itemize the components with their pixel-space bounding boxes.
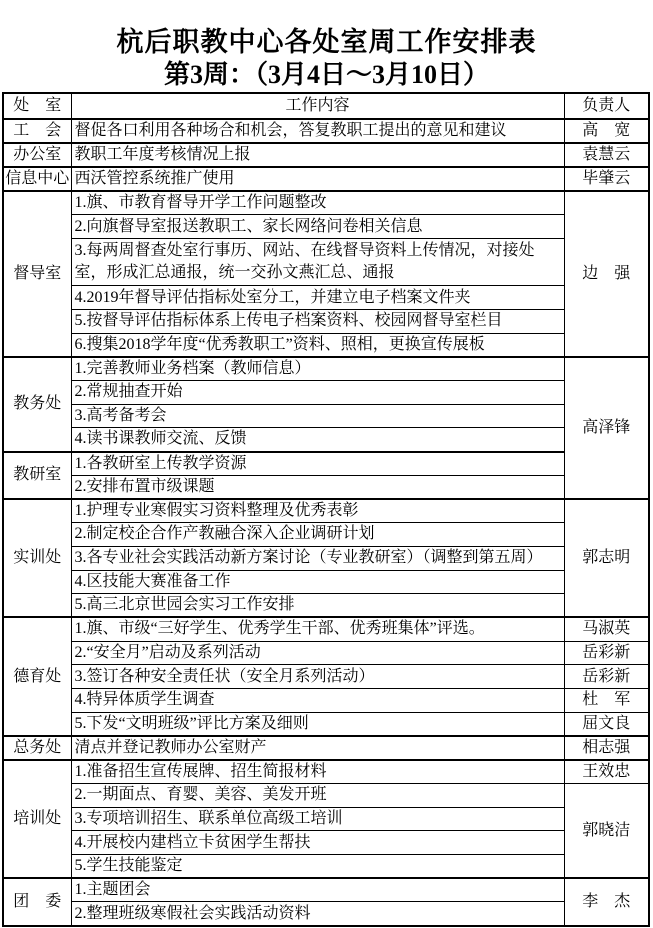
table-row: 5.下发“文明班级”评比方案及细则 屈文良 <box>3 712 649 736</box>
work-item-cell: 4.读书课教师交流、反馈 <box>71 428 564 452</box>
owner-cell: 毕肇云 <box>564 167 649 191</box>
dept-cell-training-office: 培训处 <box>3 760 71 878</box>
document: 杭后职教中心各处室周工作安排表 第3周：（3月4日～3月10日） 处 室 工作内… <box>0 0 653 927</box>
table-row: 2.制定校企合作产教融合深入企业调研计划 <box>3 523 649 547</box>
owner-cell: 屈文良 <box>564 712 649 736</box>
work-item-cell: 2.向旗督导室报送教职工、家长网络问卷相关信息 <box>71 215 564 239</box>
work-item-cell: 3.各专业社会实践活动新方案讨论（专业教研室）（调整到第五周） <box>71 546 564 570</box>
table-row: 4.特异体质学生调查 杜 军 <box>3 688 649 712</box>
dept-cell-teaching-research: 教研室 <box>3 452 71 499</box>
work-item-cell: 1.各教研室上传教学资源 <box>71 452 564 476</box>
work-item-cell: 6.搜集2018学年度“优秀教职工”资料、照相，更换宣传展板 <box>71 333 564 357</box>
work-item-cell: 2.“安全月”启动及系列活动 <box>71 641 564 665</box>
table-row: 团 委 1.主题团会 李 杰 <box>3 878 649 902</box>
table-row: 5.高三北京世园会实习工作安排 <box>3 594 649 618</box>
table-row: 3.签订各种安全责任状（安全月系列活动） 岳彩新 <box>3 665 649 689</box>
owner-cell: 李 杰 <box>564 878 649 925</box>
work-item-cell: 清点并登记教师办公室财产 <box>71 736 564 760</box>
page-subtitle: 第3周：（3月4日～3月10日） <box>0 59 653 91</box>
work-item-cell: 2.整理班级寒假社会实践活动资料 <box>71 902 564 926</box>
work-item-cell: 4.2019年督导评估指标处室分工，并建立电子档案文件夹 <box>71 286 564 310</box>
dept-cell-info-center: 信息中心 <box>3 167 71 191</box>
owner-cell: 高泽锋 <box>564 357 649 499</box>
owner-cell: 郭志明 <box>564 499 649 617</box>
table-row: 培训处 1.准备招生宣传展牌、招生简报材料 王效忠 <box>3 760 649 784</box>
work-item-cell: 4.特异体质学生调查 <box>71 688 564 712</box>
table-row: 2.一期面点、育婴、美容、美发开班 郭晓洁 <box>3 784 649 808</box>
owner-cell: 岳彩新 <box>564 641 649 665</box>
table-row: 总务处 清点并登记教师办公室财产 相志强 <box>3 736 649 760</box>
work-item-cell: 4.开展校内建档立卡贫困学生帮扶 <box>71 831 564 855</box>
work-item-cell: 5.高三北京世园会实习工作安排 <box>71 594 564 618</box>
table-row: 德育处 1.旗、市级“三好学生、优秀学生干部、优秀班集体”评选。 马淑英 <box>3 617 649 641</box>
work-item-cell: 2.常规抽查开始 <box>71 381 564 405</box>
table-row: 教务处 1.完善教师业务档案（教师信息） 高泽锋 <box>3 357 649 381</box>
owner-cell: 边 强 <box>564 191 649 357</box>
col-header-department: 处 室 <box>3 93 71 119</box>
work-item-cell: 2.一期面点、育婴、美容、美发开班 <box>71 784 564 808</box>
owner-cell: 杜 军 <box>564 688 649 712</box>
work-item-cell: 1.旗、市级“三好学生、优秀学生干部、优秀班集体”评选。 <box>71 617 564 641</box>
table-row: 信息中心 西沃管控系统推广使用 毕肇云 <box>3 167 649 191</box>
dept-cell-office: 办公室 <box>3 143 71 167</box>
table-row: 3.高考备考会 <box>3 404 649 428</box>
table-row: 6.搜集2018学年度“优秀教职工”资料、照相，更换宣传展板 <box>3 333 649 357</box>
work-item-cell: 教职工年度考核情况上报 <box>71 143 564 167</box>
table-header-row: 处 室 工作内容 负责人 <box>3 93 649 119</box>
owner-cell: 相志强 <box>564 736 649 760</box>
table-row: 5.按督导评估指标体系上传电子档案资料、校园网督导室栏目 <box>3 309 649 333</box>
table-row: 工 会 督促各口利用各种场合和机会，答复教职工提出的意见和建议 高 宽 <box>3 119 649 143</box>
table-row: 3.各专业社会实践活动新方案讨论（专业教研室）（调整到第五周） <box>3 546 649 570</box>
work-item-cell: 1.护理专业寒假实习资料整理及优秀表彰 <box>71 499 564 523</box>
table-row: 实训处 1.护理专业寒假实习资料整理及优秀表彰 郭志明 <box>3 499 649 523</box>
table-row: 4.读书课教师交流、反馈 <box>3 428 649 452</box>
owner-cell: 马淑英 <box>564 617 649 641</box>
work-item-cell: 5.学生技能鉴定 <box>71 855 564 879</box>
work-item-cell: 3.签订各种安全责任状（安全月系列活动） <box>71 665 564 689</box>
dept-cell-supervision-office: 督导室 <box>3 191 71 357</box>
dept-cell-youth-league: 团 委 <box>3 878 71 925</box>
work-item-cell: 督促各口利用各种场合和机会，答复教职工提出的意见和建议 <box>71 119 564 143</box>
table-row: 督导室 1.旗、市教育督导开学工作问题整改 边 强 <box>3 191 649 215</box>
table-row: 2.“安全月”启动及系列活动 岳彩新 <box>3 641 649 665</box>
table-row: 2.整理班级寒假社会实践活动资料 <box>3 902 649 926</box>
table-row: 2.常规抽查开始 <box>3 381 649 405</box>
owner-cell: 高 宽 <box>564 119 649 143</box>
col-header-owner: 负责人 <box>564 93 649 119</box>
work-item-cell: 西沃管控系统推广使用 <box>71 167 564 191</box>
work-item-cell: 5.按督导评估指标体系上传电子档案资料、校园网督导室栏目 <box>71 309 564 333</box>
dept-cell-moral-education: 德育处 <box>3 617 71 735</box>
work-item-cell: 1.主题团会 <box>71 878 564 902</box>
work-item-cell: 2.安排布置市级课题 <box>71 475 564 499</box>
table-row: 3.每两周督查处室行事历、网站、在线督导资料上传情况，对接处室，形成汇总通报，统… <box>3 238 649 285</box>
work-item-cell: 3.每两周督查处室行事历、网站、在线督导资料上传情况，对接处室，形成汇总通报，统… <box>71 238 564 285</box>
dept-cell-practical-training: 实训处 <box>3 499 71 617</box>
work-item-cell: 4.区技能大赛准备工作 <box>71 570 564 594</box>
dept-cell-general-affairs: 总务处 <box>3 736 71 760</box>
owner-cell: 岳彩新 <box>564 665 649 689</box>
page-title: 杭后职教中心各处室周工作安排表 <box>0 26 653 59</box>
table-row: 5.学生技能鉴定 <box>3 855 649 879</box>
table-row: 4.2019年督导评估指标处室分工，并建立电子档案文件夹 <box>3 286 649 310</box>
table-row: 3.专项培训招生、联系单位高级工培训 <box>3 807 649 831</box>
dept-cell-academic-affairs: 教务处 <box>3 357 71 452</box>
owner-cell: 郭晓洁 <box>564 784 649 879</box>
table-row: 4.区技能大赛准备工作 <box>3 570 649 594</box>
work-item-cell: 3.高考备考会 <box>71 404 564 428</box>
col-header-work-content: 工作内容 <box>71 93 564 119</box>
work-item-cell: 1.旗、市教育督导开学工作问题整改 <box>71 191 564 215</box>
work-item-cell: 1.完善教师业务档案（教师信息） <box>71 357 564 381</box>
table-row: 4.开展校内建档立卡贫困学生帮扶 <box>3 831 649 855</box>
table-row: 办公室 教职工年度考核情况上报 袁慧云 <box>3 143 649 167</box>
work-item-cell: 2.制定校企合作产教融合深入企业调研计划 <box>71 523 564 547</box>
work-item-cell: 1.准备招生宣传展牌、招生简报材料 <box>71 760 564 784</box>
dept-cell-labor-union: 工 会 <box>3 119 71 143</box>
work-item-cell: 5.下发“文明班级”评比方案及细则 <box>71 712 564 736</box>
table-row: 2.向旗督导室报送教职工、家长网络问卷相关信息 <box>3 215 649 239</box>
table-row: 2.安排布置市级课题 <box>3 475 649 499</box>
schedule-table: 处 室 工作内容 负责人 工 会 督促各口利用各种场合和机会，答复教职工提出的意… <box>2 92 650 927</box>
work-item-cell: 3.专项培训招生、联系单位高级工培训 <box>71 807 564 831</box>
owner-cell: 王效忠 <box>564 760 649 784</box>
table-row: 教研室 1.各教研室上传教学资源 <box>3 452 649 476</box>
owner-cell: 袁慧云 <box>564 143 649 167</box>
